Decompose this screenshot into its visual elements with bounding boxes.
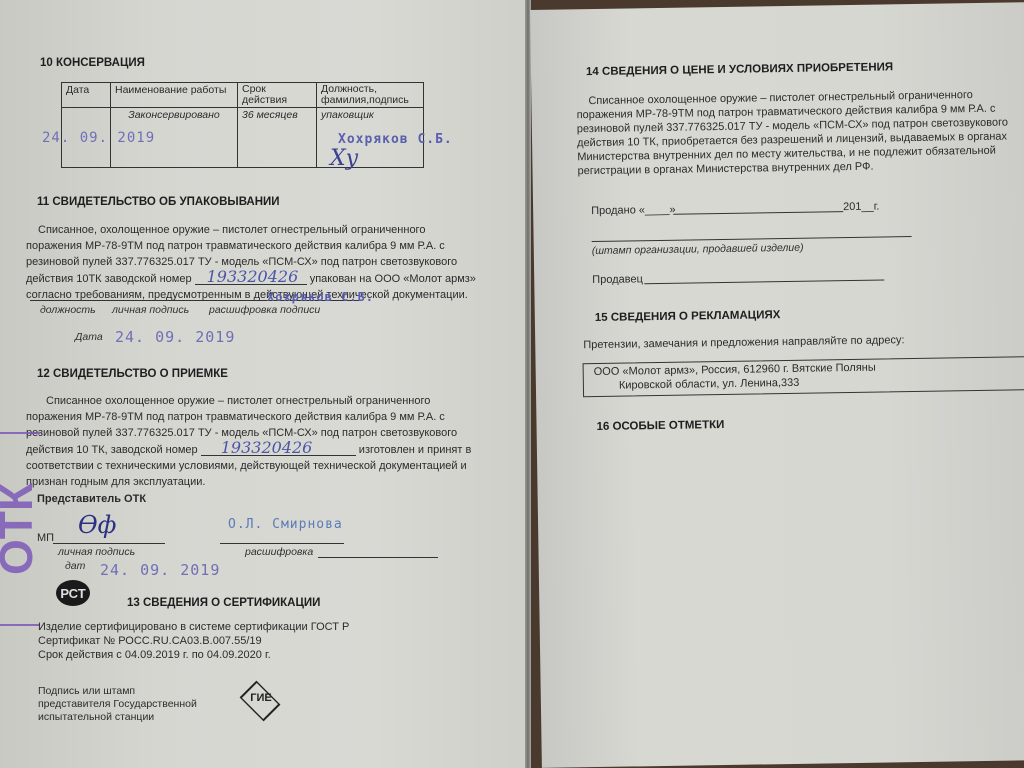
cell-term: 36 месяцев (238, 108, 317, 168)
table-header-row: Дата Наименование работы Срок действия Д… (62, 83, 424, 108)
seller-label: Продавец (592, 271, 643, 288)
serial-number-handwritten: 193320426 (195, 270, 307, 285)
col-date: Дата (62, 83, 111, 108)
stamp-caption: (штамп организации, продавшей изделие) (592, 242, 804, 257)
complaints-intro: Претензии, замечания и предложения напра… (583, 332, 904, 353)
section-14-title: 14 СВЕДЕНИЯ О ЦЕНЕ И УСЛОВИЯХ ПРИОБРЕТЕН… (586, 61, 893, 78)
section-10-title: 10 КОНСЕРВАЦИЯ (40, 57, 145, 69)
left-page: 10 КОНСЕРВАЦИЯ Дата Наименование работы … (0, 0, 528, 768)
section-12-title: 12 СВИДЕТЕЛЬСТВО О ПРИЕМКЕ (37, 368, 228, 380)
otk-rep-label: Представитель ОТК (37, 493, 146, 505)
label-signature: личная подпись (112, 304, 189, 316)
section-15-title: 15 СВЕДЕНИЯ О РЕКЛАМАЦИЯХ (595, 309, 781, 324)
otk-name-stamp: О.Л. Смирнова (228, 517, 343, 532)
packing-date-stamp: 24. 09. 2019 (115, 328, 235, 346)
right-page: 14 СВЕДЕНИЯ О ЦЕНЕ И УСЛОВИЯХ ПРИОБРЕТЕН… (530, 2, 1024, 768)
book-spine (525, 0, 531, 768)
sold-year: 201__г. (843, 199, 880, 216)
otk-signature: Ѳф (78, 511, 116, 539)
col-work: Наименование работы (111, 83, 238, 108)
col-term: Срок действия (238, 83, 317, 108)
packing-name-stamp: Хохряков С.Б. (267, 290, 374, 304)
packer-signature: Ху (330, 146, 358, 171)
section-11-text: Списанное, охолощенное оружие – пистолет… (26, 222, 478, 303)
otk-date-stamp: 24. 09. 2019 (100, 561, 220, 579)
col-position: Должность, фамилия,подпись (317, 83, 424, 108)
section-16-title: 16 ОСОБЫЕ ОТМЕТКИ (596, 419, 724, 433)
gie-logo-text: ГИЕ (243, 692, 279, 704)
state-station-sign-block: Подпись или штамп представителя Государс… (38, 685, 197, 724)
mp-label: МП (37, 532, 54, 544)
packer-name-stamp: Хохряков С.Б. (338, 132, 453, 147)
sold-label: Продано «____» (591, 202, 676, 219)
otk-decode-label: расшифровка (245, 546, 313, 558)
section-13-title: 13 СВЕДЕНИЯ О СЕРТИФИКАЦИИ (127, 597, 320, 609)
label-position: должность (40, 304, 96, 316)
label-decoding: расшифровка подписи (209, 304, 320, 316)
acceptance-serial-handwritten: 193320426 (201, 441, 356, 456)
otk-date-label: дат (65, 560, 85, 572)
section-12-text: Списанное охолощенное оружие – пистолет … (26, 393, 478, 490)
packing-date-label: Дата (75, 331, 103, 343)
otk-stamp: ОТК (0, 432, 40, 626)
section-11-title: 11 СВИДЕТЕЛЬСТВО ОБ УПАКОВЫВАНИИ (37, 196, 280, 208)
conservation-table: Дата Наименование работы Срок действия Д… (61, 82, 424, 168)
section-14-text: Списанное охолощенное оружие – пистолет … (576, 87, 1024, 178)
company-address-box: ООО «Молот армз», Россия, 612960 г. Вятс… (583, 356, 1024, 398)
certification-info: Изделие сертифицировано в системе сертиф… (38, 620, 349, 662)
otk-sig-label: личная подпись (58, 546, 135, 558)
rst-logo-icon: РСТ (56, 580, 90, 606)
conservation-date-stamp: 24. 09. 2019 (42, 130, 155, 146)
